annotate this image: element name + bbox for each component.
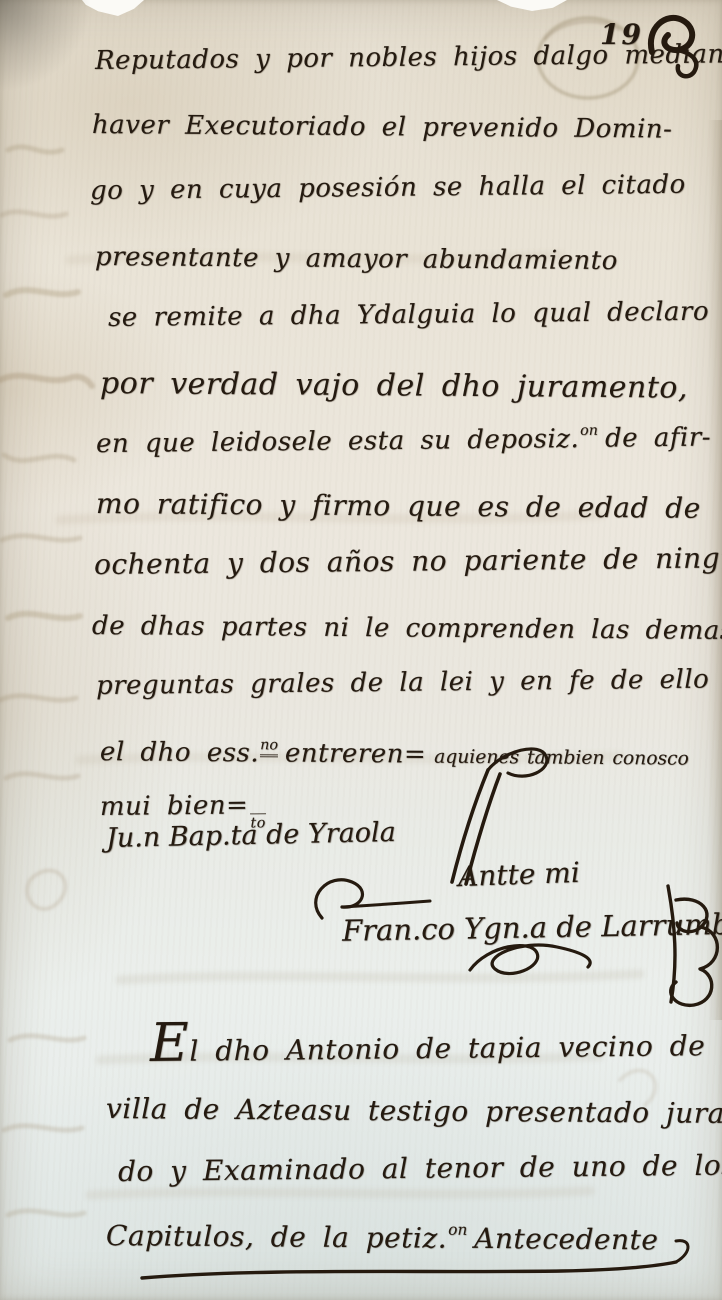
page-number-rubric	[651, 18, 696, 76]
manuscript-page: 19 Reputados y por nobles hijos dalgo me…	[0, 0, 722, 1300]
notary-pre-flourish	[316, 880, 430, 918]
notary-under-flourish	[470, 945, 590, 974]
ink-flourishes	[0, 0, 722, 1300]
closing-rule	[142, 1241, 688, 1278]
right-edge-rubric	[668, 886, 717, 1005]
ante-mi-flourish	[452, 749, 547, 884]
